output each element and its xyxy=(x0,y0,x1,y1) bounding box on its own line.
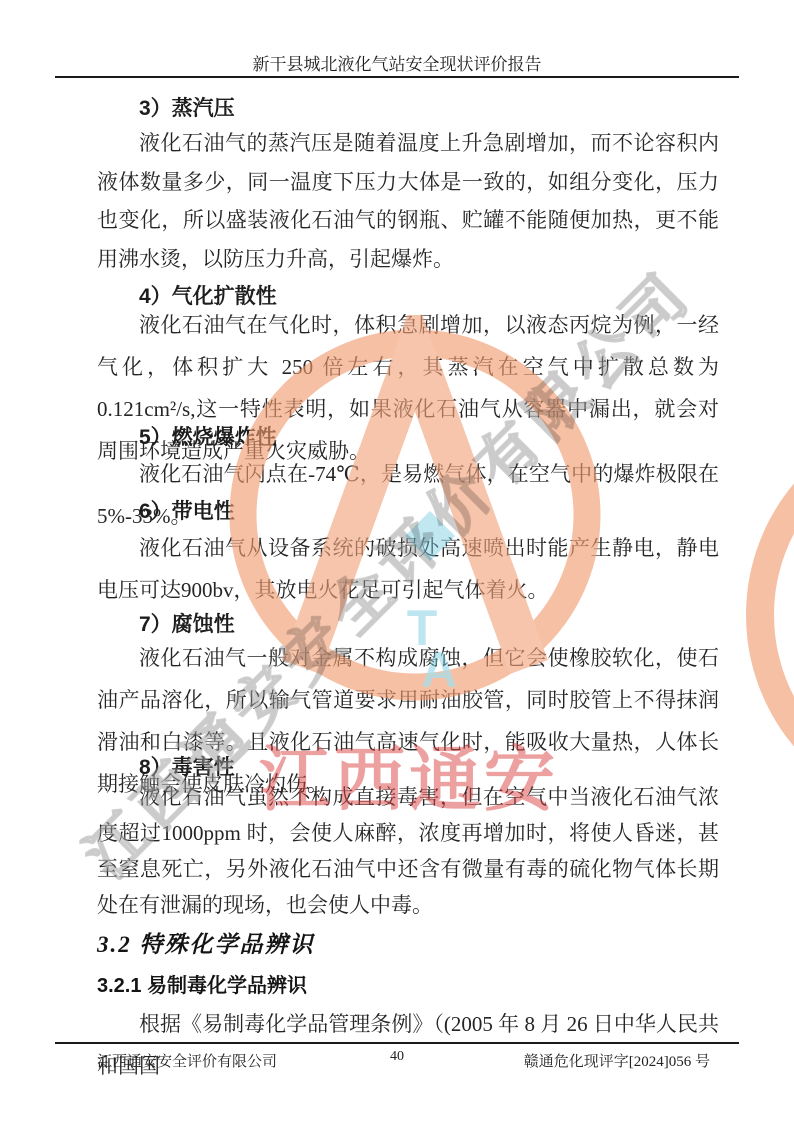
section-heading-explosive: 5）燃烧爆炸性 xyxy=(139,421,277,451)
section-body-toxicity: 液化石油气虽然不构成直接毒害，但在空气中当液化石油气浓度超过1000ppm 时，… xyxy=(97,779,719,923)
section-heading-3-2: 3.2 特殊化学品辨识 xyxy=(97,926,315,959)
section-body-vapor-pressure: 液化石油气的蒸汽压是随着温度上升急剧增加，而不论容积内液体数量多少，同一温度下压… xyxy=(97,124,719,278)
footer-rule xyxy=(55,1042,739,1044)
section-body-static: 液化石油气从设备系统的破损处高速喷出时能产生静电，静电电压可达900bv，其放电… xyxy=(97,527,719,611)
header-rule xyxy=(55,76,739,78)
page-header-title: 新干县城北液化气站安全现状评价报告 xyxy=(0,50,794,75)
company-logo-partial-ring-icon xyxy=(740,405,794,825)
section-heading-vapor-pressure: 3）蒸汽压 xyxy=(139,92,235,122)
report-page: 新干县城北液化气站安全现状评价报告 3）蒸汽压 液化石油气的蒸汽压是随着温度上升… xyxy=(0,0,794,1123)
section-heading-corrosive: 7）腐蚀性 xyxy=(139,608,235,638)
section-heading-3-2-1: 3.2.1 易制毒化学品辨识 xyxy=(97,969,307,998)
section-heading-toxicity: 8）毒害性 xyxy=(139,751,235,781)
section-body-3-2-1: 根据《易制毒化学品管理条例》（(2005 年 8 月 26 日中华人民共和国国 xyxy=(97,1003,719,1087)
footer-doc-number: 赣通危化现评字[2024]056 号 xyxy=(524,1050,710,1071)
section-heading-static: 6）带电性 xyxy=(139,495,235,525)
